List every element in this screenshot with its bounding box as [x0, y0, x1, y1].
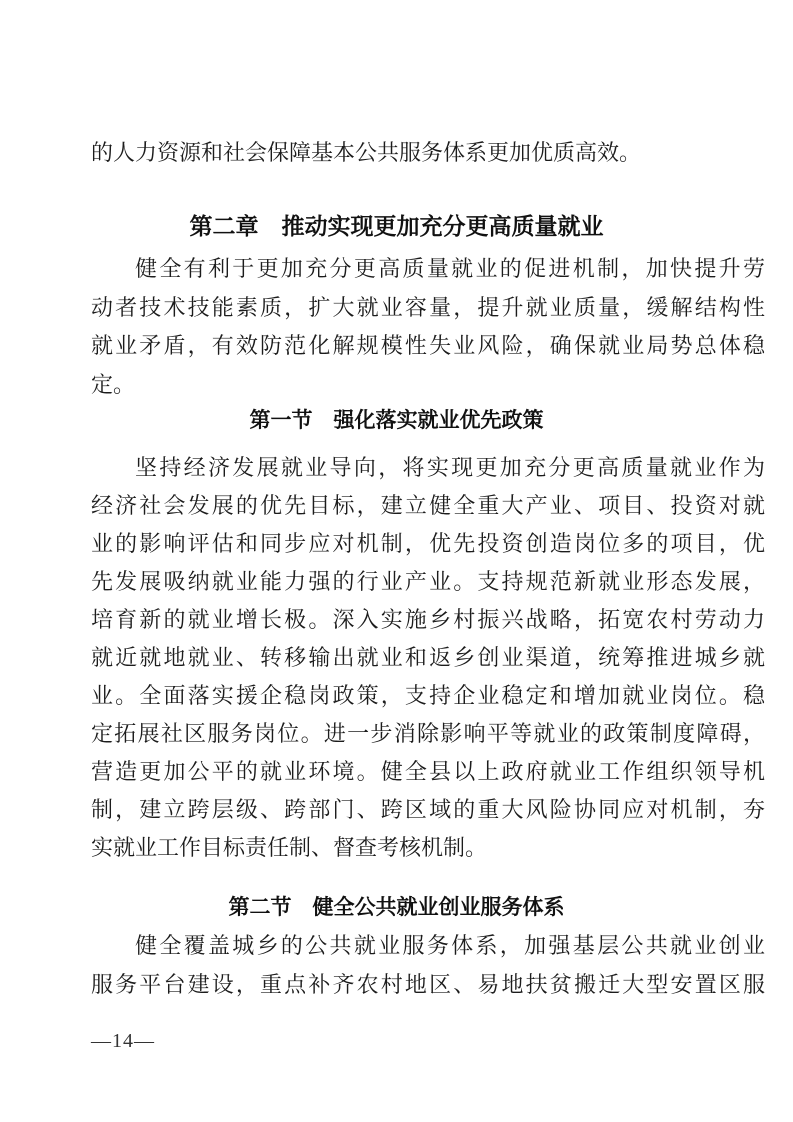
body-line: 定拓展社区服务岗位。进一步消除影响平等就业的政策制度障碍， [91, 720, 765, 750]
body-line: 经济社会发展的优先目标，建立健全重大产业、项目、投资对就 [91, 492, 765, 522]
page-number: —14— [91, 1029, 155, 1053]
body-line: 健全覆盖城乡的公共就业服务体系，加强基层公共就业创业 [91, 932, 765, 962]
body-line: 定。 [91, 371, 765, 401]
body-line: 业的影响评估和同步应对机制，优先投资创造岗位多的项目，优 [91, 530, 765, 560]
body-line: 就业矛盾，有效防范化解规模性失业风险，确保就业局势总体稳 [91, 332, 765, 362]
section-2-heading: 第二节 健全公共就业创业服务体系 [0, 894, 793, 922]
body-line: 制，建立跨层级、跨部门、跨区域的重大风险协同应对机制，夯 [91, 796, 765, 826]
body-line: 营造更加公平的就业环境。健全县以上政府就业工作组织领导机 [91, 758, 765, 788]
body-line: 实就业工作目标责任制、督查考核机制。 [91, 834, 765, 864]
section-1-heading: 第一节 强化落实就业优先政策 [0, 407, 793, 435]
body-line: 业。全面落实援企稳岗政策，支持企业稳定和增加就业岗位。稳 [91, 682, 765, 712]
body-line: 培育新的就业增长极。深入实施乡村振兴战略，拓宽农村劳动力 [91, 606, 765, 636]
document-page: 的人力资源和社会保障基本公共服务体系更加优质高效。 第二章 推动实现更加充分更高… [0, 0, 793, 1122]
body-line: 健全有利于更加充分更高质量就业的促进机制，加快提升劳 [91, 255, 765, 285]
chapter-heading: 第二章 推动实现更加充分更高质量就业 [0, 212, 793, 242]
body-line: 先发展吸纳就业能力强的行业产业。支持规范新就业形态发展， [91, 568, 765, 598]
body-line: 就近就地就业、转移输出就业和返乡创业渠道，统筹推进城乡就 [91, 644, 765, 674]
body-line-continuation: 的人力资源和社会保障基本公共服务体系更加优质高效。 [91, 139, 765, 169]
body-line: 服务平台建设，重点补齐农村地区、易地扶贫搬迁大型安置区服 [91, 971, 765, 1001]
body-line: 动者技术技能素质，扩大就业容量，提升就业质量，缓解结构性 [91, 294, 765, 324]
body-line: 坚持经济发展就业导向，将实现更加充分更高质量就业作为 [91, 454, 765, 484]
